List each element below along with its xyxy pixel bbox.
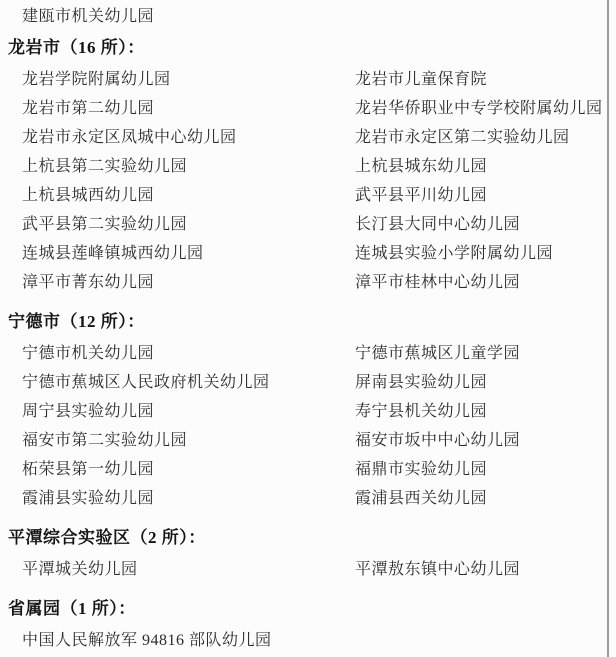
kindergarten-item: 上杭县第二实验幼儿园 — [0, 152, 355, 181]
kindergarten-row: 霞浦县实验幼儿园 霞浦县西关幼儿园 — [0, 484, 616, 513]
kindergarten-item: 福安市第二实验幼儿园 — [0, 426, 355, 455]
kindergarten-item: 福鼎市实验幼儿园 — [355, 455, 616, 484]
section-rows: 平潭城关幼儿园 平潭敖东镇中心幼儿园 — [0, 555, 616, 584]
kindergarten-row: 宁德市机关幼儿园 宁德市蕉城区儿童学园 — [0, 339, 616, 368]
kindergarten-item: 连城县实验小学附属幼儿园 — [355, 239, 616, 268]
section-heading: 龙岩市（16 所）： — [0, 33, 616, 63]
kindergarten-item: 宁德市蕉城区儿童学园 — [355, 339, 616, 368]
kindergarten-item: 中国人民解放军 94816 部队幼儿园 — [0, 626, 355, 655]
kindergarten-item: 漳平市菁东幼儿园 — [0, 268, 355, 297]
kindergarten-list-page: 建瓯市机关幼儿园 龙岩市（16 所）： 龙岩学院附属幼儿园 龙岩市儿童保育院 龙… — [0, 0, 616, 657]
kindergarten-item: 龙岩学院附属幼儿园 — [0, 65, 355, 94]
kindergarten-item: 周宁县实验幼儿园 — [0, 397, 355, 426]
kindergarten-row: 漳平市菁东幼儿园 漳平市桂林中心幼儿园 — [0, 268, 616, 297]
city-section: 省属园（1 所）： 中国人民解放军 94816 部队幼儿园 — [0, 594, 616, 655]
kindergarten-row: 上杭县第二实验幼儿园 上杭县城东幼儿园 — [0, 152, 616, 181]
kindergarten-row: 周宁县实验幼儿园 寿宁县机关幼儿园 — [0, 397, 616, 426]
kindergarten-row: 平潭城关幼儿园 平潭敖东镇中心幼儿园 — [0, 555, 616, 584]
kindergarten-row: 武平县第二实验幼儿园 长汀县大同中心幼儿园 — [0, 210, 616, 239]
kindergarten-row: 龙岩市永定区凤城中心幼儿园 龙岩市永定区第二实验幼儿园 — [0, 123, 616, 152]
kindergarten-item: 武平县第二实验幼儿园 — [0, 210, 355, 239]
section-rows: 龙岩学院附属幼儿园 龙岩市儿童保育院 龙岩市第二幼儿园 龙岩华侨职业中专学校附属… — [0, 65, 616, 297]
kindergarten-item: 柘荣县第一幼儿园 — [0, 455, 355, 484]
kindergarten-item: 寿宁县机关幼儿园 — [355, 397, 616, 426]
kindergarten-item: 长汀县大同中心幼儿园 — [355, 210, 616, 239]
kindergarten-item: 连城县莲峰镇城西幼儿园 — [0, 239, 355, 268]
kindergarten-item: 宁德市机关幼儿园 — [0, 339, 355, 368]
city-sections-container: 龙岩市（16 所）： 龙岩学院附属幼儿园 龙岩市儿童保育院 龙岩市第二幼儿园 龙… — [0, 33, 616, 655]
kindergarten-item: 建瓯市机关幼儿园 — [0, 2, 616, 31]
kindergarten-item: 福安市坂中中心幼儿园 — [355, 426, 616, 455]
kindergarten-item: 龙岩市儿童保育院 — [355, 65, 616, 94]
kindergarten-item: 霞浦县实验幼儿园 — [0, 484, 355, 513]
kindergarten-item: 龙岩市第二幼儿园 — [0, 94, 355, 123]
kindergarten-item: 武平县平川幼儿园 — [355, 181, 616, 210]
kindergarten-item: 平潭敖东镇中心幼儿园 — [355, 555, 616, 584]
kindergarten-row: 上杭县城西幼儿园 武平县平川幼儿园 — [0, 181, 616, 210]
city-section: 龙岩市（16 所）： 龙岩学院附属幼儿园 龙岩市儿童保育院 龙岩市第二幼儿园 龙… — [0, 33, 616, 297]
page-right-border — [607, 0, 609, 657]
kindergarten-row: 连城县莲峰镇城西幼儿园 连城县实验小学附属幼儿园 — [0, 239, 616, 268]
kindergarten-item — [355, 626, 616, 655]
kindergarten-item: 上杭县城东幼儿园 — [355, 152, 616, 181]
kindergarten-item: 龙岩市永定区第二实验幼儿园 — [355, 123, 616, 152]
section-rows: 中国人民解放军 94816 部队幼儿园 — [0, 626, 616, 655]
kindergarten-row: 福安市第二实验幼儿园 福安市坂中中心幼儿园 — [0, 426, 616, 455]
kindergarten-item: 龙岩市永定区凤城中心幼儿园 — [0, 123, 355, 152]
kindergarten-item: 龙岩华侨职业中专学校附属幼儿园 — [355, 94, 616, 123]
city-section: 宁德市（12 所）： 宁德市机关幼儿园 宁德市蕉城区儿童学园 宁德市蕉城区人民政… — [0, 307, 616, 513]
kindergarten-row: 龙岩学院附属幼儿园 龙岩市儿童保育院 — [0, 65, 616, 94]
kindergarten-item: 平潭城关幼儿园 — [0, 555, 355, 584]
section-rows: 宁德市机关幼儿园 宁德市蕉城区儿童学园 宁德市蕉城区人民政府机关幼儿园 屏南县实… — [0, 339, 616, 513]
kindergarten-row: 中国人民解放军 94816 部队幼儿园 — [0, 626, 616, 655]
section-heading: 宁德市（12 所）： — [0, 307, 616, 337]
kindergarten-item: 霞浦县西关幼儿园 — [355, 484, 616, 513]
kindergarten-item: 漳平市桂林中心幼儿园 — [355, 268, 616, 297]
section-heading: 平潭综合实验区（2 所）： — [0, 523, 616, 553]
kindergarten-row: 龙岩市第二幼儿园 龙岩华侨职业中专学校附属幼儿园 — [0, 94, 616, 123]
kindergarten-row: 宁德市蕉城区人民政府机关幼儿园 屏南县实验幼儿园 — [0, 368, 616, 397]
kindergarten-item: 宁德市蕉城区人民政府机关幼儿园 — [0, 368, 355, 397]
kindergarten-item: 上杭县城西幼儿园 — [0, 181, 355, 210]
kindergarten-item: 屏南县实验幼儿园 — [355, 368, 616, 397]
section-heading: 省属园（1 所）： — [0, 594, 616, 624]
kindergarten-row: 柘荣县第一幼儿园 福鼎市实验幼儿园 — [0, 455, 616, 484]
city-section: 平潭综合实验区（2 所）： 平潭城关幼儿园 平潭敖东镇中心幼儿园 — [0, 523, 616, 584]
